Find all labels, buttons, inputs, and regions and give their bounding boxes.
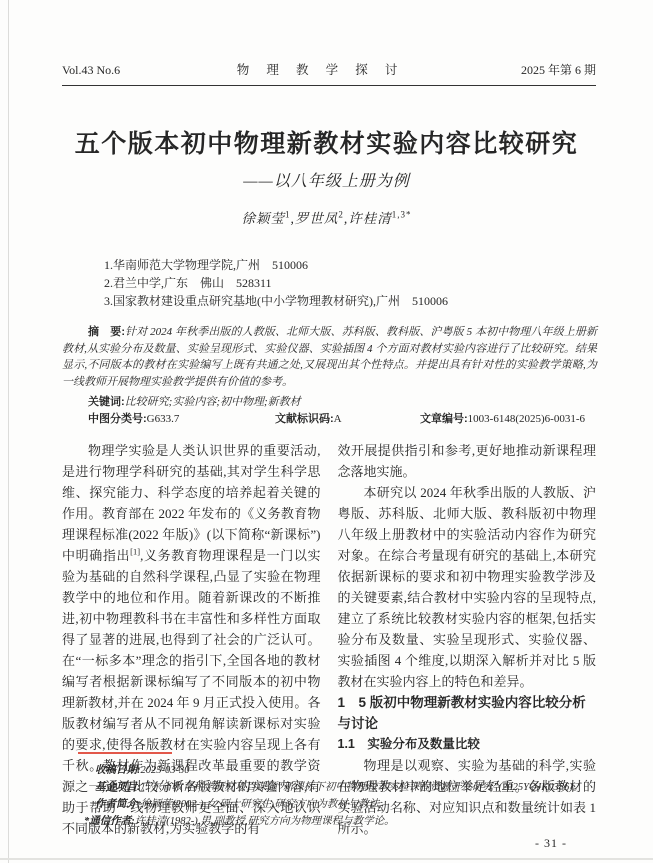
affiliation-item: 1.华南师范大学物理学院,广州 510006 (104, 256, 448, 274)
scan-edge-bottom (0, 858, 653, 860)
footnote-received-date: 收稿日期:2025-03-30 (95, 762, 619, 779)
keywords-line: 关键词:比较研究;实验内容;初中物理;新教材 (88, 393, 301, 409)
author-affil-marker: 1,3* (392, 210, 412, 220)
clc-number: 中图分类号:G633.7 (88, 410, 179, 426)
affiliation-item: 2.君兰中学,广东 佛山 528311 (104, 274, 448, 292)
affiliation-list: 1.华南师范大学物理学院,广州 510006 2.君兰中学,广东 佛山 5283… (104, 256, 448, 310)
article-subtitle: ——以八年级上册为例 (0, 168, 653, 191)
footnote-funding: 基金项目:广东省教育科学研究项目课题“新课标下初中物理校本实验课程资源开发研究”… (95, 779, 619, 796)
document-code: 文献标识码:A (275, 410, 342, 426)
journal-header: Vol.43 No.6 物 理 教 学 探 讨 2025 年第 6 期 (62, 60, 596, 86)
author-name: 徐颖莹 (242, 211, 286, 226)
footnote-corresponding-author: *通信作者:许桂清(1982-),男,副教授,研究方向为物理课程与教学论。 (84, 813, 619, 830)
article-title: 五个版本初中物理新教材实验内容比较研究 (0, 124, 653, 160)
body-paragraph: 本研究以 2024 年秋季出版的人教版、沪粤版、苏科版、北师大版、教科版初中物理… (338, 482, 597, 692)
header-volume: Vol.43 No.6 (62, 63, 120, 78)
subsection-heading: 1.1 实验分布及数量比较 (338, 734, 597, 755)
footnote-block: 收稿日期:2025-03-30 基金项目:广东省教育科学研究项目课题“新课标下初… (95, 762, 619, 830)
citation-marker: [1] (130, 547, 140, 557)
abstract-label: 摘 要: (88, 326, 125, 338)
section-heading: 1 5 版初中物理新教材实验内容比较分析与讨论 (338, 692, 597, 734)
keywords-label: 关键词: (88, 396, 125, 408)
abstract: 摘 要:针对 2024 年秋季出版的人教版、北师大版、苏科版、教科版、沪粤版 5… (62, 324, 597, 390)
article-number: 文章编号:1003-6148(2025)6-0031-6 (420, 410, 585, 426)
meta-row: 中图分类号:G633.7 文献标识码:A 文章编号:1003-6148(2025… (0, 410, 653, 426)
abstract-text: 针对 2024 年秋季出版的人教版、北师大版、苏科版、教科版、沪粤版 5 本初中… (62, 326, 597, 388)
body-paragraph: 效开展提供指引和参考,更好地推动新课程理念落地实施。 (338, 440, 597, 482)
author-name: 许桂清 (348, 211, 392, 226)
journal-article-page: Vol.43 No.6 物 理 教 学 探 讨 2025 年第 6 期 五个版本… (0, 0, 653, 863)
keywords-text: 比较研究;实验内容;初中物理;新教材 (125, 396, 301, 408)
footnote-separator-rule (78, 752, 172, 754)
journal-name: 物 理 教 学 探 讨 (237, 60, 405, 78)
footnote-author-bio: 作者简介:徐颖莹(2002-),女,硕士研究生,研究方向为教材与教法。 (95, 796, 619, 813)
page-number: - 31 - (535, 836, 567, 851)
author-line: 徐颖莹1,罗世凤2,许桂清1,3* (0, 207, 653, 227)
header-issue: 2025 年第 6 期 (521, 61, 596, 78)
affiliation-item: 3.国家教材建设重点研究基地(中小学物理教材研究),广州 510006 (104, 292, 448, 310)
author-name: 罗世凤 (295, 211, 339, 226)
